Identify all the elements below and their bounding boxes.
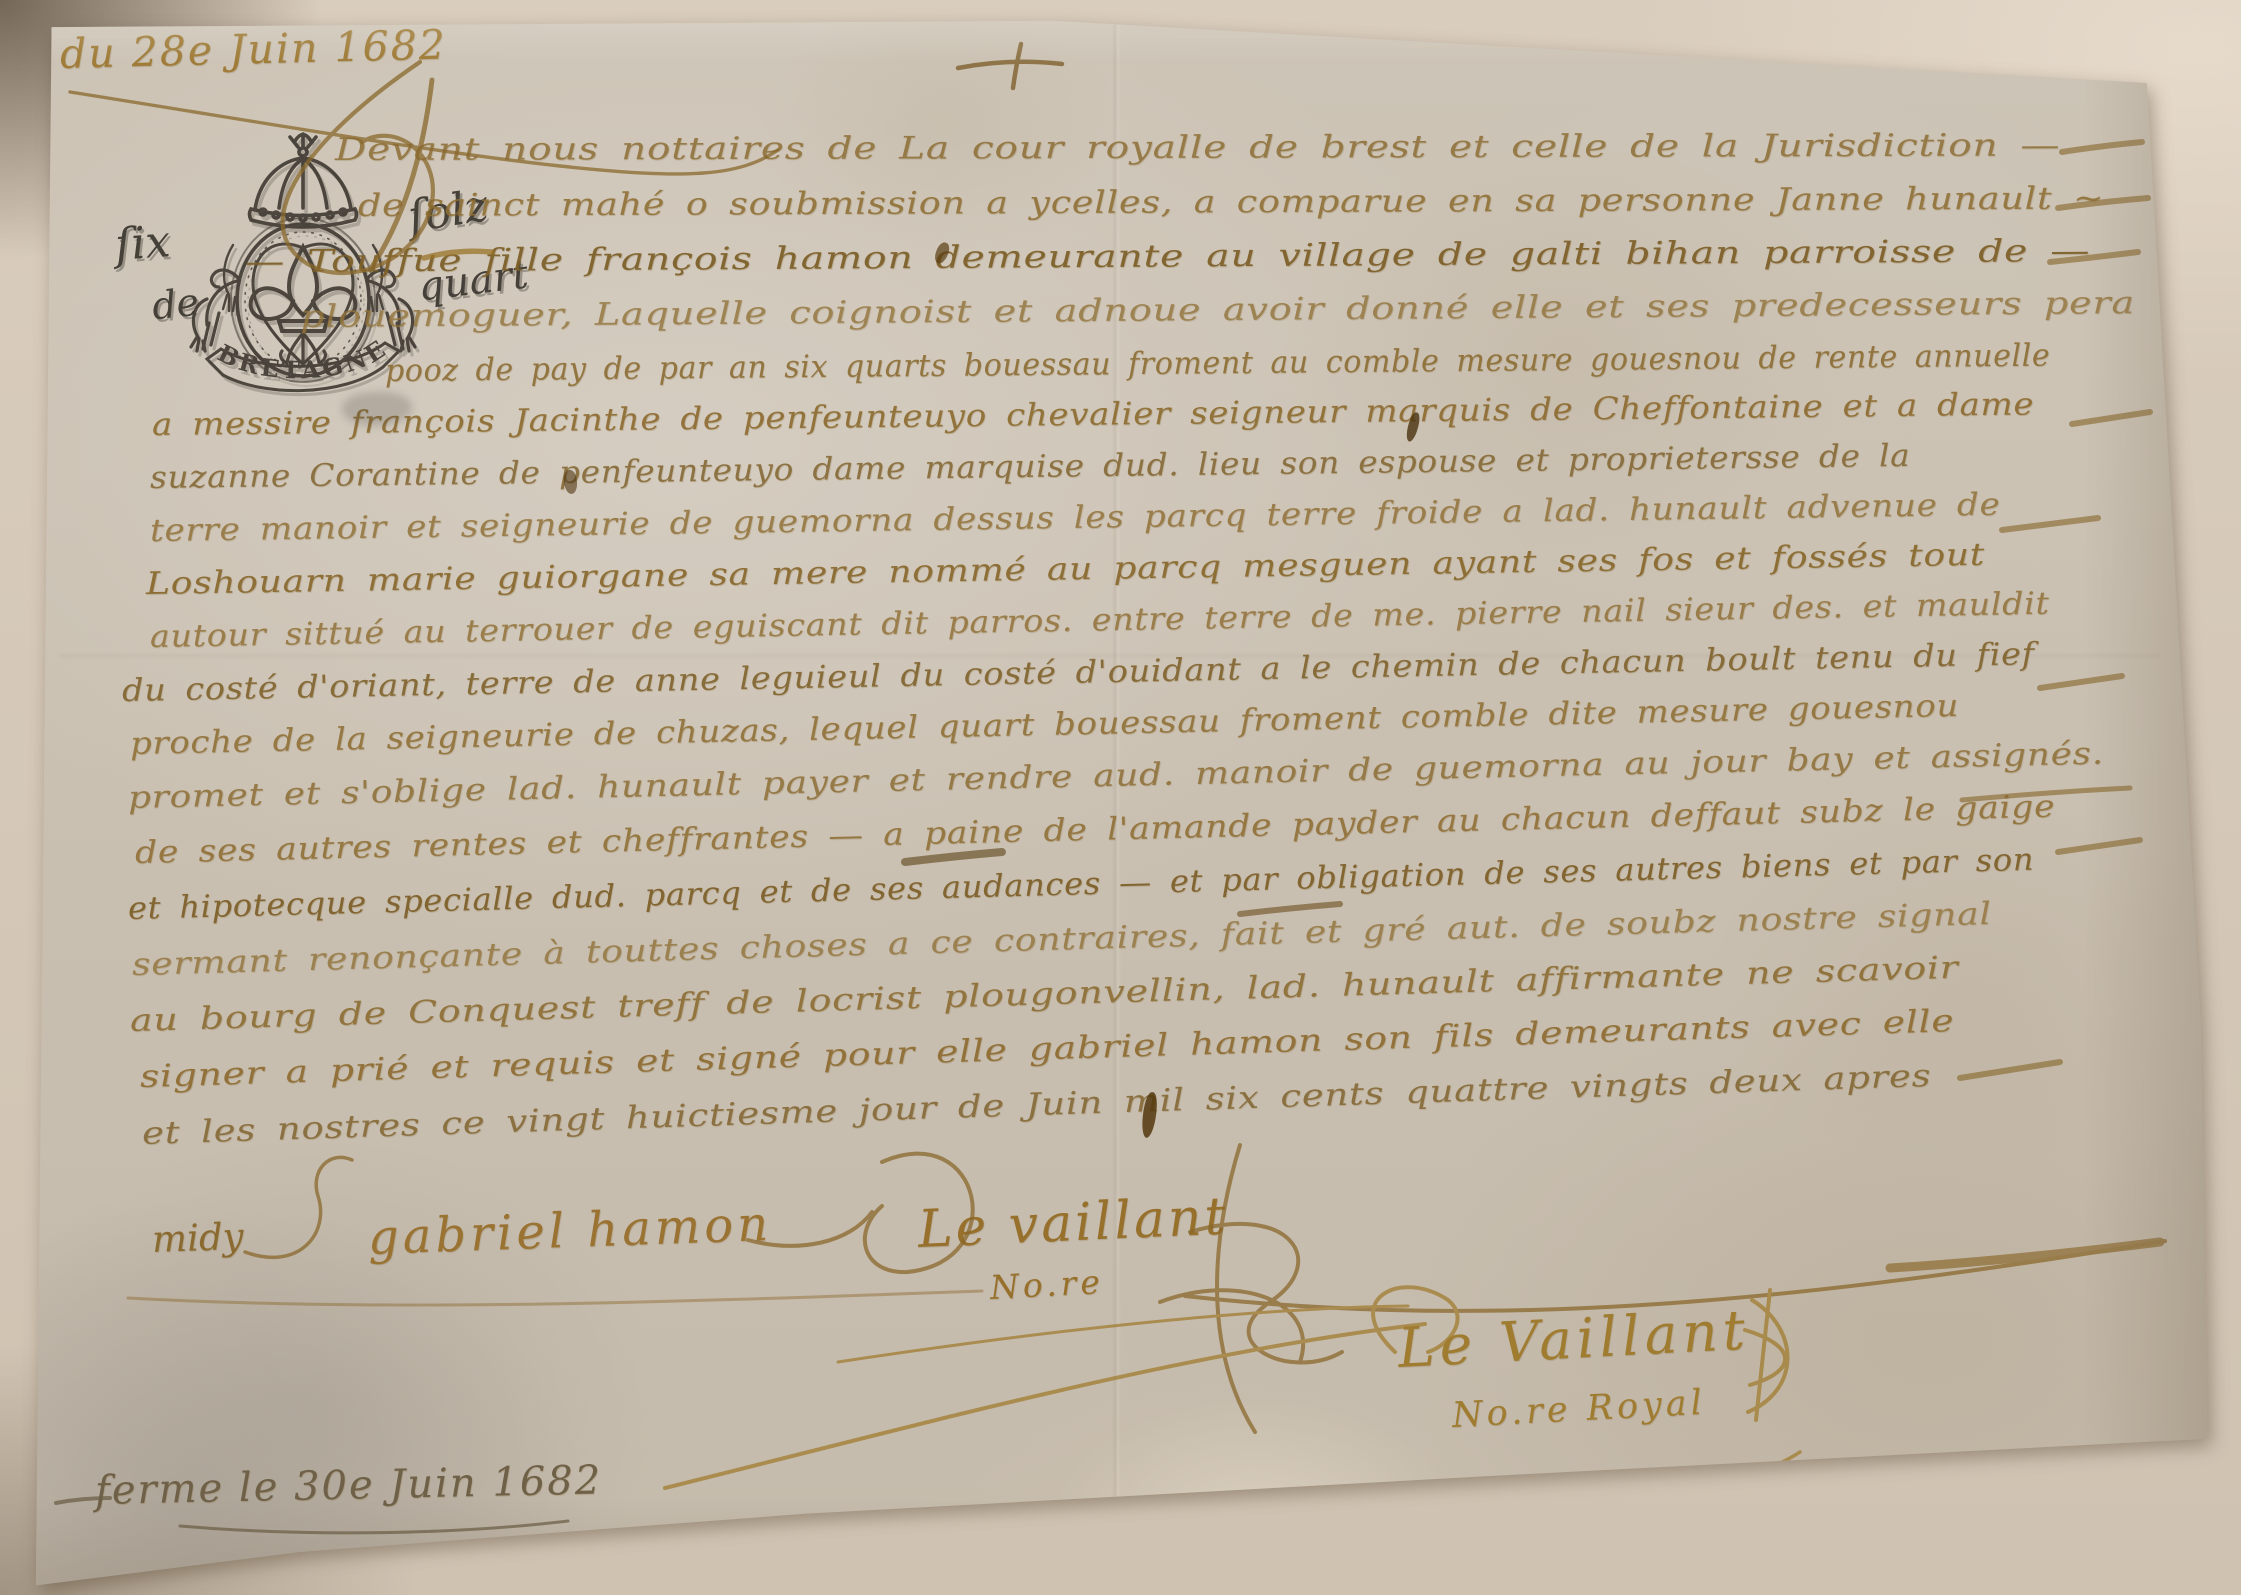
royal-notary-flourishes <box>665 1287 1800 1496</box>
footer-underline <box>56 1498 568 1533</box>
manuscript-line: proche de la seigneurie de chuzas, leque… <box>130 684 1960 766</box>
vertical-crease <box>1112 25 1121 1505</box>
manuscript-line: de sainct mahé o soubmission a ycelles, … <box>358 177 2104 228</box>
notary-paraphe <box>1160 1145 1342 1432</box>
svg-text:BRETAGNE: BRETAGNE <box>213 333 393 385</box>
manuscript-line: et hipotecque specialle dud. parcq et de… <box>127 838 2034 931</box>
manuscript-line: de ses autres rentes et cheffrantes — a … <box>134 785 2055 875</box>
manuscript-line: du costé d'oriant, terre de anne leguieu… <box>122 632 2036 713</box>
ink-flourishes <box>0 0 2241 1595</box>
paper-surface: du 28e Juin 1682 <box>0 0 2241 1595</box>
ink-blot <box>1140 1091 1159 1138</box>
stamp-crown-icon <box>250 134 357 227</box>
manuscript-line: et les nostres ce vingt huictiesme jour … <box>141 1054 1932 1156</box>
manuscript-line: a messire françois Jacinthe de penfeunte… <box>152 382 2035 447</box>
paper-mottling <box>0 0 2241 1595</box>
manuscript-line: signer a prié et requis et signé pour el… <box>139 999 1955 1099</box>
signature-vaillant-royal: Le Vaillant <box>1396 1298 1751 1380</box>
margin-dashes <box>1960 142 2150 1078</box>
cross-mark-icon <box>958 44 1062 88</box>
photographed-document: du 28e Juin 1682 <box>0 0 2241 1595</box>
signature-le-vaillant-title: No.re <box>989 1262 1105 1307</box>
stamp-text-quart: quart <box>416 251 531 310</box>
manuscript-line: plouemoguer, Laquelle coignoist et adnou… <box>300 281 2135 339</box>
signature-le-vaillant: Le vaillant <box>917 1186 1230 1259</box>
stamp-double-strike <box>194 138 418 395</box>
stamp-fleur-de-lis-icon <box>251 247 356 363</box>
stamp-banner-ribbon <box>207 343 399 391</box>
signature-gabriel-hamon: gabriel hamon <box>367 1196 773 1266</box>
stamp-smudge <box>342 392 412 426</box>
revenue-stamp: BRETAGNE <box>178 120 428 410</box>
stamp-shield-icon <box>231 218 375 382</box>
closing-word: midy <box>151 1215 244 1261</box>
manuscript-line: au bourg de Conquest treff de locrist pl… <box>129 946 1959 1043</box>
paper-sheet: du 28e Juin 1682 <box>0 0 2241 1595</box>
stamp-supporter-left-icon <box>191 245 239 351</box>
stamp-text-six: ſix <box>113 216 172 271</box>
manuscript-line: — Touffue fille françois hamon demeurant… <box>245 229 2091 284</box>
manuscript-line: terre manoir et seigneurie de guemorna d… <box>150 483 2001 553</box>
manuscript-line: suzanne Corantine de penfeunteuyo dame m… <box>150 434 1911 500</box>
stamp-text-solz: ſolz <box>405 180 492 243</box>
manuscript-line: autour sittué au terrouer de eguiscant d… <box>150 582 2050 659</box>
horizontal-crease <box>60 652 2161 660</box>
archival-date-note: du 28e Juin 1682 <box>59 21 447 78</box>
ink-blot <box>562 469 578 495</box>
manuscript-line: pooz de pay de par an six quarts bouessa… <box>385 334 2051 393</box>
red-mark <box>477 0 491 22</box>
stamp-text-de: de <box>150 280 201 329</box>
manuscript-line: Devant nous nottaires de La cour royalle… <box>335 123 2060 172</box>
manuscript-line: promet et s'oblige lad. hunault payer et… <box>128 732 2105 820</box>
ink-blot <box>933 241 952 266</box>
stamp-banner-text: BRETAGNE <box>213 333 393 385</box>
ink-blot <box>1405 411 1422 443</box>
manuscript-line: Loshouarn marie guiorgane sa mere nommé … <box>146 533 1986 606</box>
signature-vaillant-royal-title: No.re Royal <box>1451 1383 1707 1436</box>
manuscript-line: sermant renonçante à touttes choses a ce… <box>131 892 1992 987</box>
stamp-supporter-right-icon <box>367 245 415 351</box>
registration-note: ferme le 30e Juin 1682 <box>95 1457 603 1514</box>
